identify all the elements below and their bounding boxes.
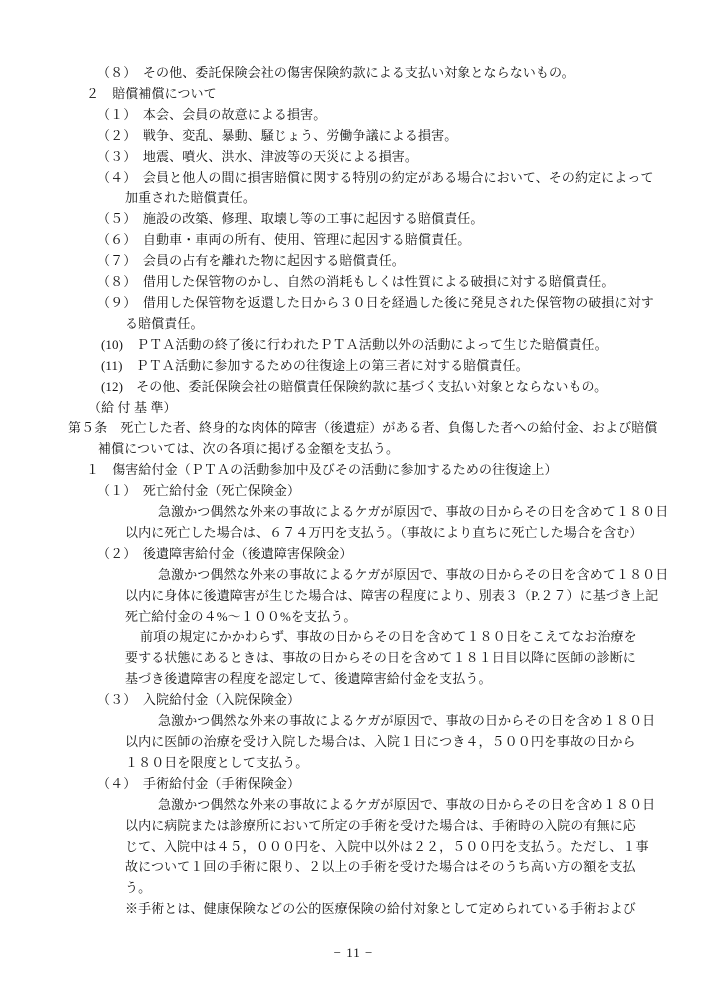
doc-line: う。	[0, 878, 687, 899]
doc-line: 以内に医師の治療を受け入院した場合は、入院１日につき４，５００円を事故の日から	[0, 732, 687, 753]
doc-line: （７） 会員の占有を離れた物に起因する賠償責任。	[0, 251, 687, 272]
doc-line: 補償については、次の各項に掲げる金額を支払う。	[0, 439, 687, 460]
doc-line: 加重された賠償責任。	[0, 188, 687, 209]
doc-line: （３） 入院給付金（入院保険金）	[0, 690, 687, 711]
doc-line: 基づき後遺障害の程度を認定して、後遺障害給付金を支払う。	[0, 669, 687, 690]
doc-line: （３） 地震、噴火、洪水、津波等の天災による損害。	[0, 147, 687, 168]
doc-line: 以内に病院または診療所において所定の手術を受けた場合は、手術時の入院の有無に応	[0, 816, 687, 837]
doc-line: 急激かつ偶然な外来の事故によるケガが原因で、事故の日からその日を含め１８０日	[0, 795, 687, 816]
doc-line: 第５条 死亡した者、終身的な肉体的障害（後遺症）がある者、負傷した者への給付金、…	[0, 418, 687, 439]
doc-line: 要する状態にあるときは、事故の日からその日を含めて１８１日目以降に医師の診断に	[0, 648, 687, 669]
doc-line: （２） 後遺障害給付金（後遺障害保険金）	[0, 544, 687, 565]
doc-line: (11) ＰＴＡ活動に参加するための往復途上の第三者に対する賠償責任。	[0, 356, 687, 377]
doc-line: 急激かつ偶然な外来の事故によるケガが原因で、事故の日からその日を含め１８０日	[0, 711, 687, 732]
doc-line: （５） 施設の改築、修理、取壊し等の工事に起因する賠償責任。	[0, 209, 687, 230]
doc-line: ※手術とは、健康保険などの公的医療保険の給付対象として定められている手術および	[0, 899, 687, 920]
doc-line: 故について１回の手術に限り、２以上の手術を受けた場合はそのうち高い方の額を支払	[0, 857, 687, 878]
doc-line: （１） 死亡給付金（死亡保険金）	[0, 481, 687, 502]
doc-line: １８０日を限度として支払う。	[0, 753, 687, 774]
doc-line: 以内に死亡した場合は、６７４万円を支払う。（事故により直ちに死亡した場合を含む）	[0, 523, 687, 544]
doc-line: （４） 会員と他人の間に損害賠償に関する特別の約定がある場合において、その約定に…	[0, 168, 687, 189]
doc-line: （８） その他、委託保険会社の傷害保険約款による支払い対象とならないもの。	[0, 63, 687, 84]
doc-line: （９） 借用した保管物を返還した日から３０日を経過した後に発見された保管物の破損…	[0, 293, 687, 314]
doc-line: １ 傷害給付金（ＰＴＡの活動参加中及びその活動に参加するための往復途上）	[0, 460, 687, 481]
doc-line: ２ 賠償補償について	[0, 84, 687, 105]
doc-line: 急激かつ偶然な外来の事故によるケガが原因で、事故の日からその日を含めて１８０日	[0, 565, 687, 586]
doc-line: 以内に身体に後遺障害が生じた場合は、障害の程度により、別表３（P.２７）に基づき…	[0, 586, 687, 607]
doc-line: （８） 借用した保管物のかし、自然の消耗もしくは性質による破損に対する賠償責任。	[0, 272, 687, 293]
doc-line: (10) ＰＴＡ活動の終了後に行われたＰＴＡ活動以外の活動によって生じた賠償責任…	[0, 335, 687, 356]
doc-line: じて、入院中は４５，０００円を、入院中以外は２２，５００円を支払う。ただし、１事	[0, 837, 687, 858]
doc-line: （６） 自動車・車両の所有、使用、管理に起因する賠償責任。	[0, 230, 687, 251]
doc-line: （４） 手術給付金（手術保険金）	[0, 774, 687, 795]
document-body: （８） その他、委託保険会社の傷害保険約款による支払い対象とならないもの。２ 賠…	[0, 63, 687, 920]
doc-line: （給 付 基 準）	[0, 398, 687, 419]
doc-line: （１） 本会、会員の故意による損害。	[0, 105, 687, 126]
doc-line: る賠償責任。	[0, 314, 687, 335]
document-page: （８） その他、委託保険会社の傷害保険約款による支払い対象とならないもの。２ 賠…	[0, 0, 707, 1000]
doc-line: （２） 戦争、変乱、暴動、騒じょう、労働争議による損害。	[0, 126, 687, 147]
doc-line: (12) その他、委託保険会社の賠償責任保険約款に基づく支払い対象とならないもの…	[0, 377, 687, 398]
doc-line: 急激かつ偶然な外来の事故によるケガが原因で、事故の日からその日を含めて１８０日	[0, 502, 687, 523]
page-number: − 11 −	[0, 945, 707, 961]
doc-line: 死亡給付金の４%～１００%を支払う。	[0, 607, 687, 628]
doc-line: 前項の規定にかかわらず、事故の日からその日を含めて１８０日をこえてなお治療を	[0, 627, 687, 648]
